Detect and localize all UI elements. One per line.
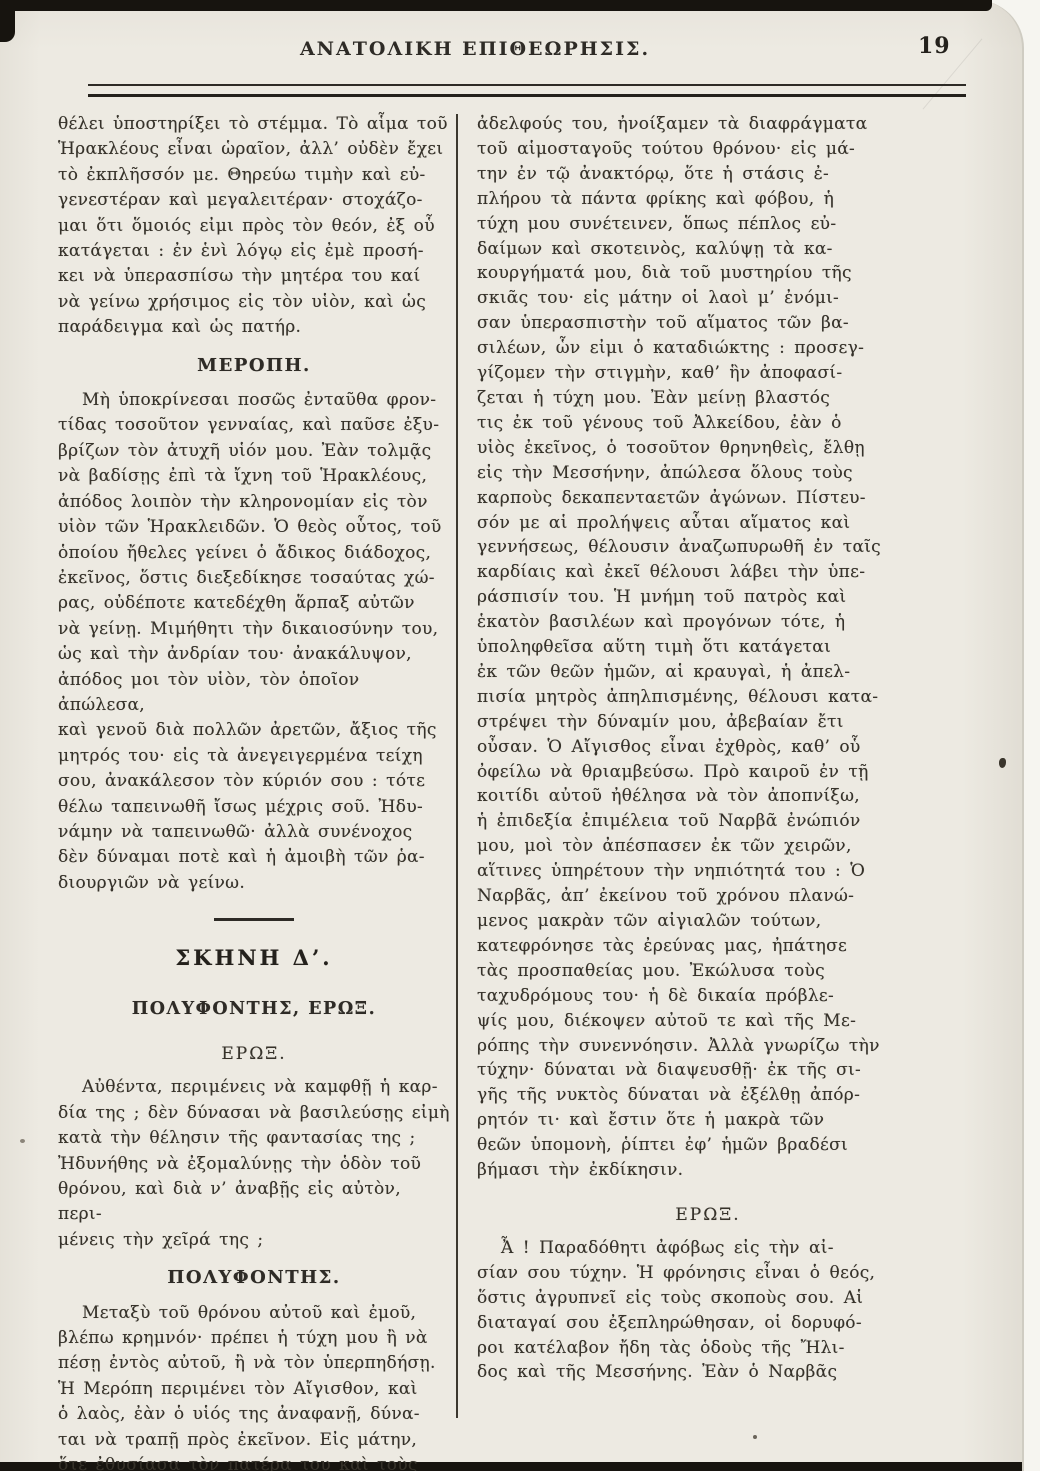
scan-corner-top-left: [0, 0, 15, 42]
scanned-page: ΑΝΑΤΟΛΙΚΗ ΕΠΙΘΕΩΡΗΣΙΣ. 19 θέλει ὑποστηρί…: [0, 0, 1024, 1471]
header-double-rule: [88, 84, 966, 97]
speech-meropi: Μὴ ὑποκρίνεσαι ποσῶς ἐνταῦθα φρον- τίδας…: [58, 388, 450, 896]
speech-erox: Ἆ ! Παραδόθητι ἀφόβως εἰς τὴν αἰ- σίαν σ…: [477, 1236, 939, 1385]
speech-polyfontis-continuation: ἀδελφούς του, ἠνοίξαμεν τὰ διαφράγματα τ…: [477, 112, 939, 1183]
ink-speck: [753, 1435, 757, 1439]
ink-speck: [999, 758, 1006, 768]
speech-erox: Αὐθέντα, περιμένεις νὰ καμφθῇ ἡ καρ- δία…: [58, 1075, 450, 1253]
speaker-heading-erox: ΕΡΩΞ.: [58, 1042, 450, 1067]
scene-characters: ΠΟΛΥΦΟΝΤΗΣ, ΕΡΩΞ.: [58, 997, 450, 1022]
paragraph-continuation: θέλει ὑποστηρίξει τὸ στέμμα. Τὸ αἷμα τοῦ…: [58, 112, 450, 341]
speaker-heading-meropi: ΜΕΡΟΠΗ.: [58, 353, 450, 378]
left-column: θέλει ὑποστηρίξει τὸ στέμμα. Τὸ αἷμα τοῦ…: [58, 112, 450, 1471]
speech-polyfontis: Μεταξὺ τοῦ θρόνου αὐτοῦ καὶ ἐμοῦ, βλέπω …: [58, 1301, 450, 1471]
ink-speck: [20, 1139, 25, 1143]
scan-edge-top: [0, 0, 992, 11]
speaker-heading-erox: ΕΡΩΞ.: [477, 1203, 939, 1228]
page-number: 19: [918, 33, 978, 59]
running-title: ΑΝΑΤΟΛΙΚΗ ΕΠΙΘΕΩΡΗΣΙΣ.: [0, 38, 950, 60]
scene-heading: ΣΚΗΝΗ Δ’.: [58, 945, 450, 970]
speaker-heading-polyfontis: ΠΟΛΥΦΟΝΤΗΣ.: [58, 1265, 450, 1290]
column-divider-rule: [456, 114, 458, 1418]
scene-separator-rule: [214, 918, 294, 921]
right-column: ἀδελφούς του, ἠνοίξαμεν τὰ διαφράγματα τ…: [477, 112, 939, 1385]
